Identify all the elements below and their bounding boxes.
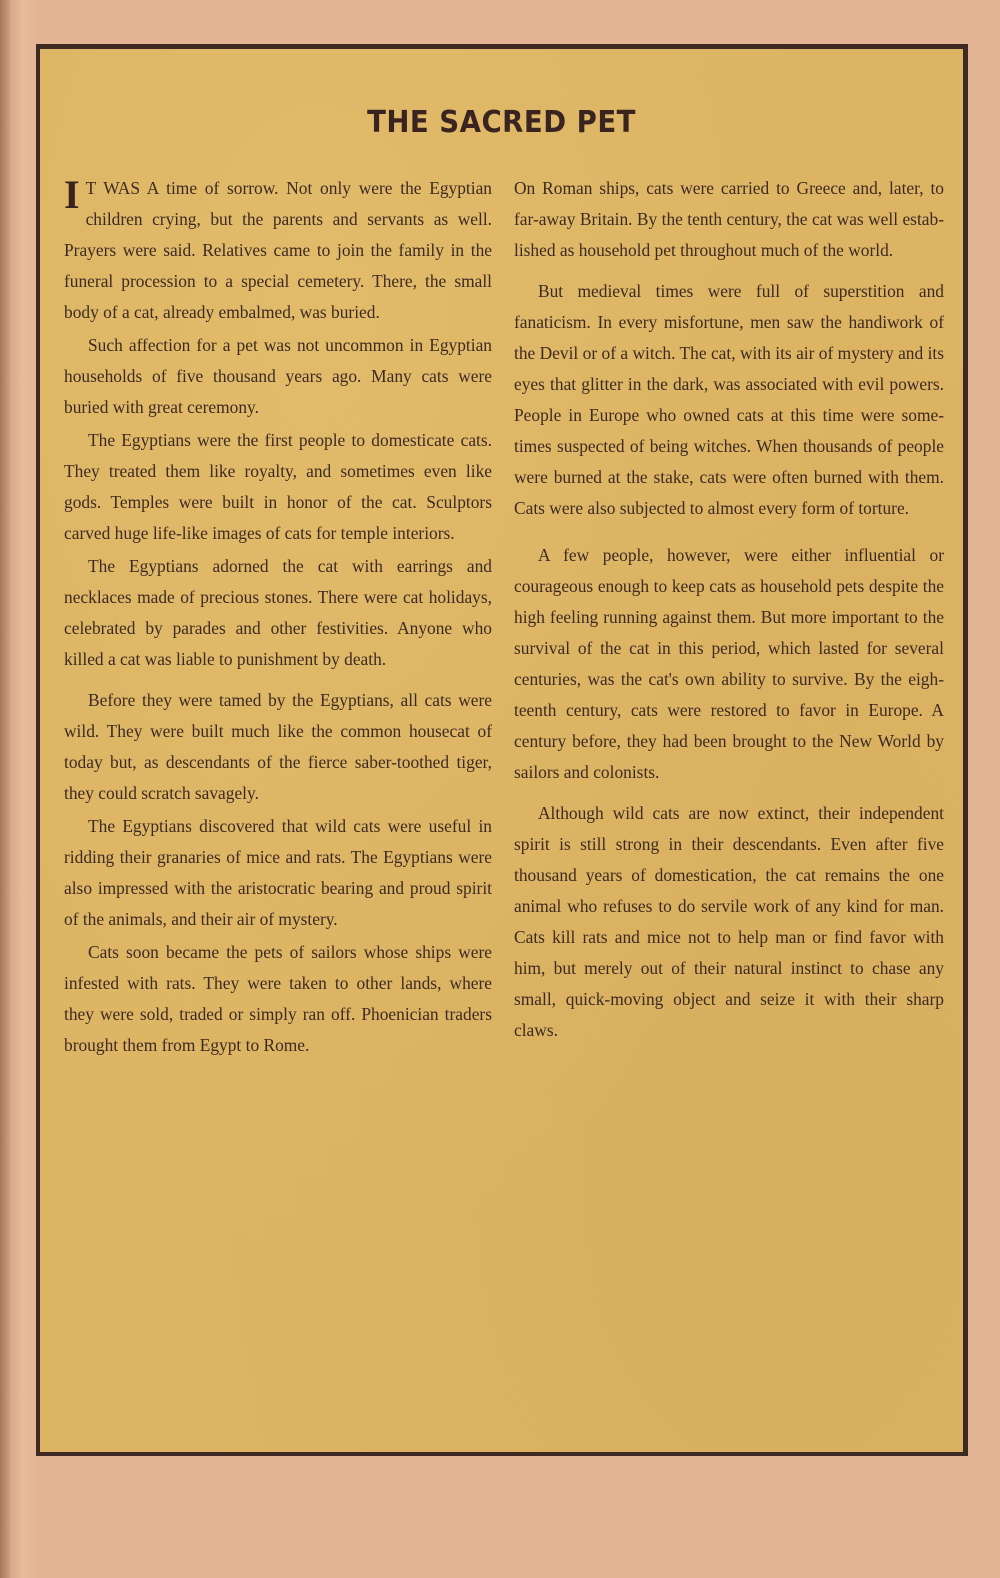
paragraph-7: Cats soon became the pets of sailors who… xyxy=(64,937,492,1061)
paragraph-2: Such affection for a pet was not uncom­m… xyxy=(64,330,492,423)
page-gutter-fold xyxy=(0,0,10,1578)
paragraph-11: Although wild cats are now extinct, thei… xyxy=(514,798,944,1046)
paragraph-1-text: T WAS A time of sorrow. Not only were th… xyxy=(64,178,492,322)
paragraph-5: Before they were tamed by the Egyp­tians… xyxy=(64,685,492,809)
article-panel: THE SACRED PET IT WAS A time of sorrow. … xyxy=(36,44,968,1456)
paragraph-9: But medieval times were full of super­st… xyxy=(514,276,944,524)
paragraph-1: IT WAS A time of sorrow. Not only were t… xyxy=(64,173,492,328)
paragraph-10: A few people, however, were either in­fl… xyxy=(514,540,944,788)
paragraph-8: On Roman ships, cats were carried to Gre… xyxy=(514,173,944,266)
article-title: THE SACRED PET xyxy=(77,105,926,140)
drop-cap: I xyxy=(64,177,80,213)
paragraph-4: The Egyptians adorned the cat with ear­r… xyxy=(64,551,492,675)
left-column: IT WAS A time of sorrow. Not only were t… xyxy=(64,173,492,1063)
paragraph-3: The Egyptians were the first people to d… xyxy=(64,425,492,549)
paragraph-6: The Egyptians discovered that wild cats … xyxy=(64,811,492,935)
right-column: On Roman ships, cats were carried to Gre… xyxy=(514,173,944,1048)
